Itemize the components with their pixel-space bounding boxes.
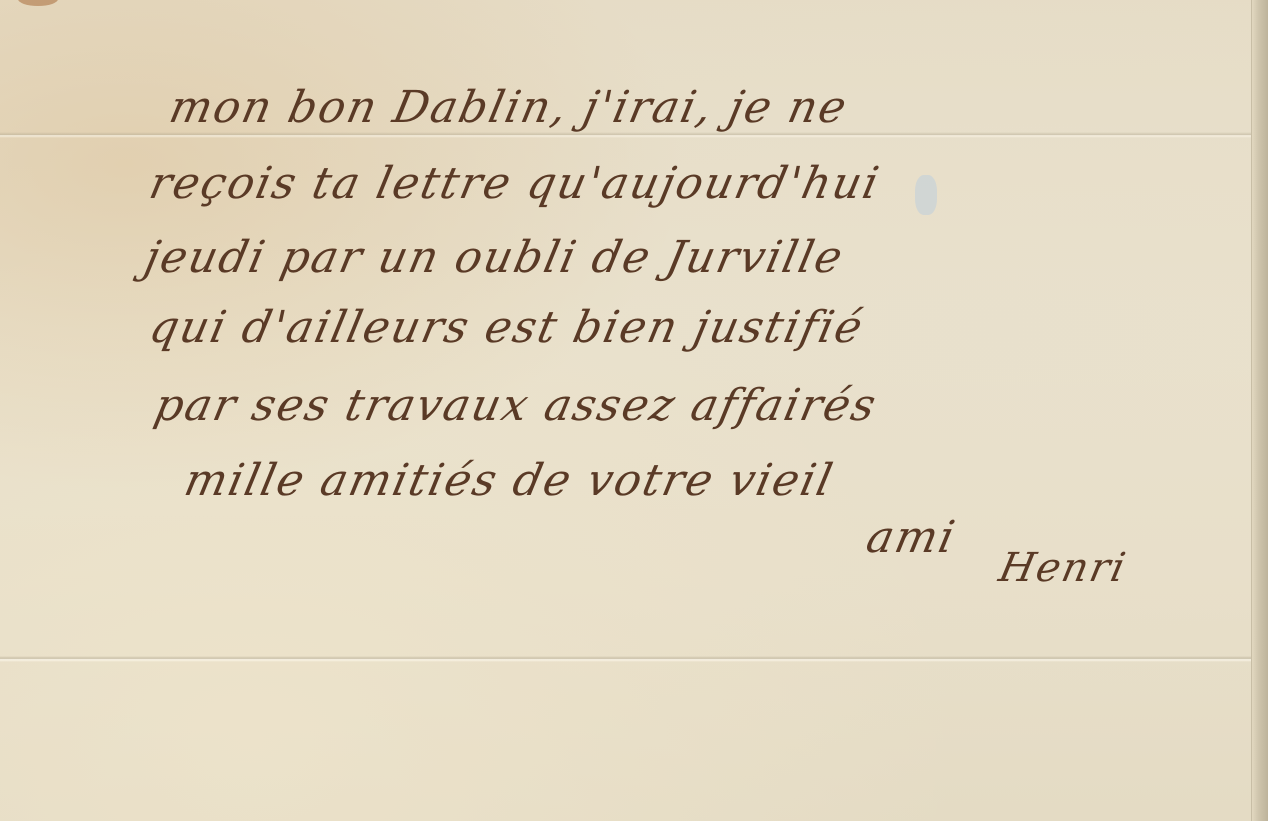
letter-closing: ami: [862, 512, 961, 563]
letter-paper: mon bon Dablin, j'irai, je ne reçois ta …: [0, 0, 1254, 821]
paper-edge: [1251, 0, 1268, 821]
fold-line-lower: [0, 656, 1254, 662]
letter-line-6: mille amitiés de votre vieil: [180, 455, 839, 506]
letter-line-5: par ses travaux assez affairés: [150, 380, 882, 431]
paper-blemish: [915, 175, 937, 215]
letter-line-3: jeudi par un oubli de Jurville: [140, 232, 849, 283]
letter-line-4: qui d'ailleurs est bien justifié: [145, 302, 869, 353]
letter-line-1: mon bon Dablin, j'irai, je ne: [165, 82, 853, 133]
ink-stain: [18, 0, 58, 6]
letter-line-2: reçois ta lettre qu'aujourd'hui: [145, 158, 885, 209]
letter-signature: Henri: [995, 545, 1131, 591]
